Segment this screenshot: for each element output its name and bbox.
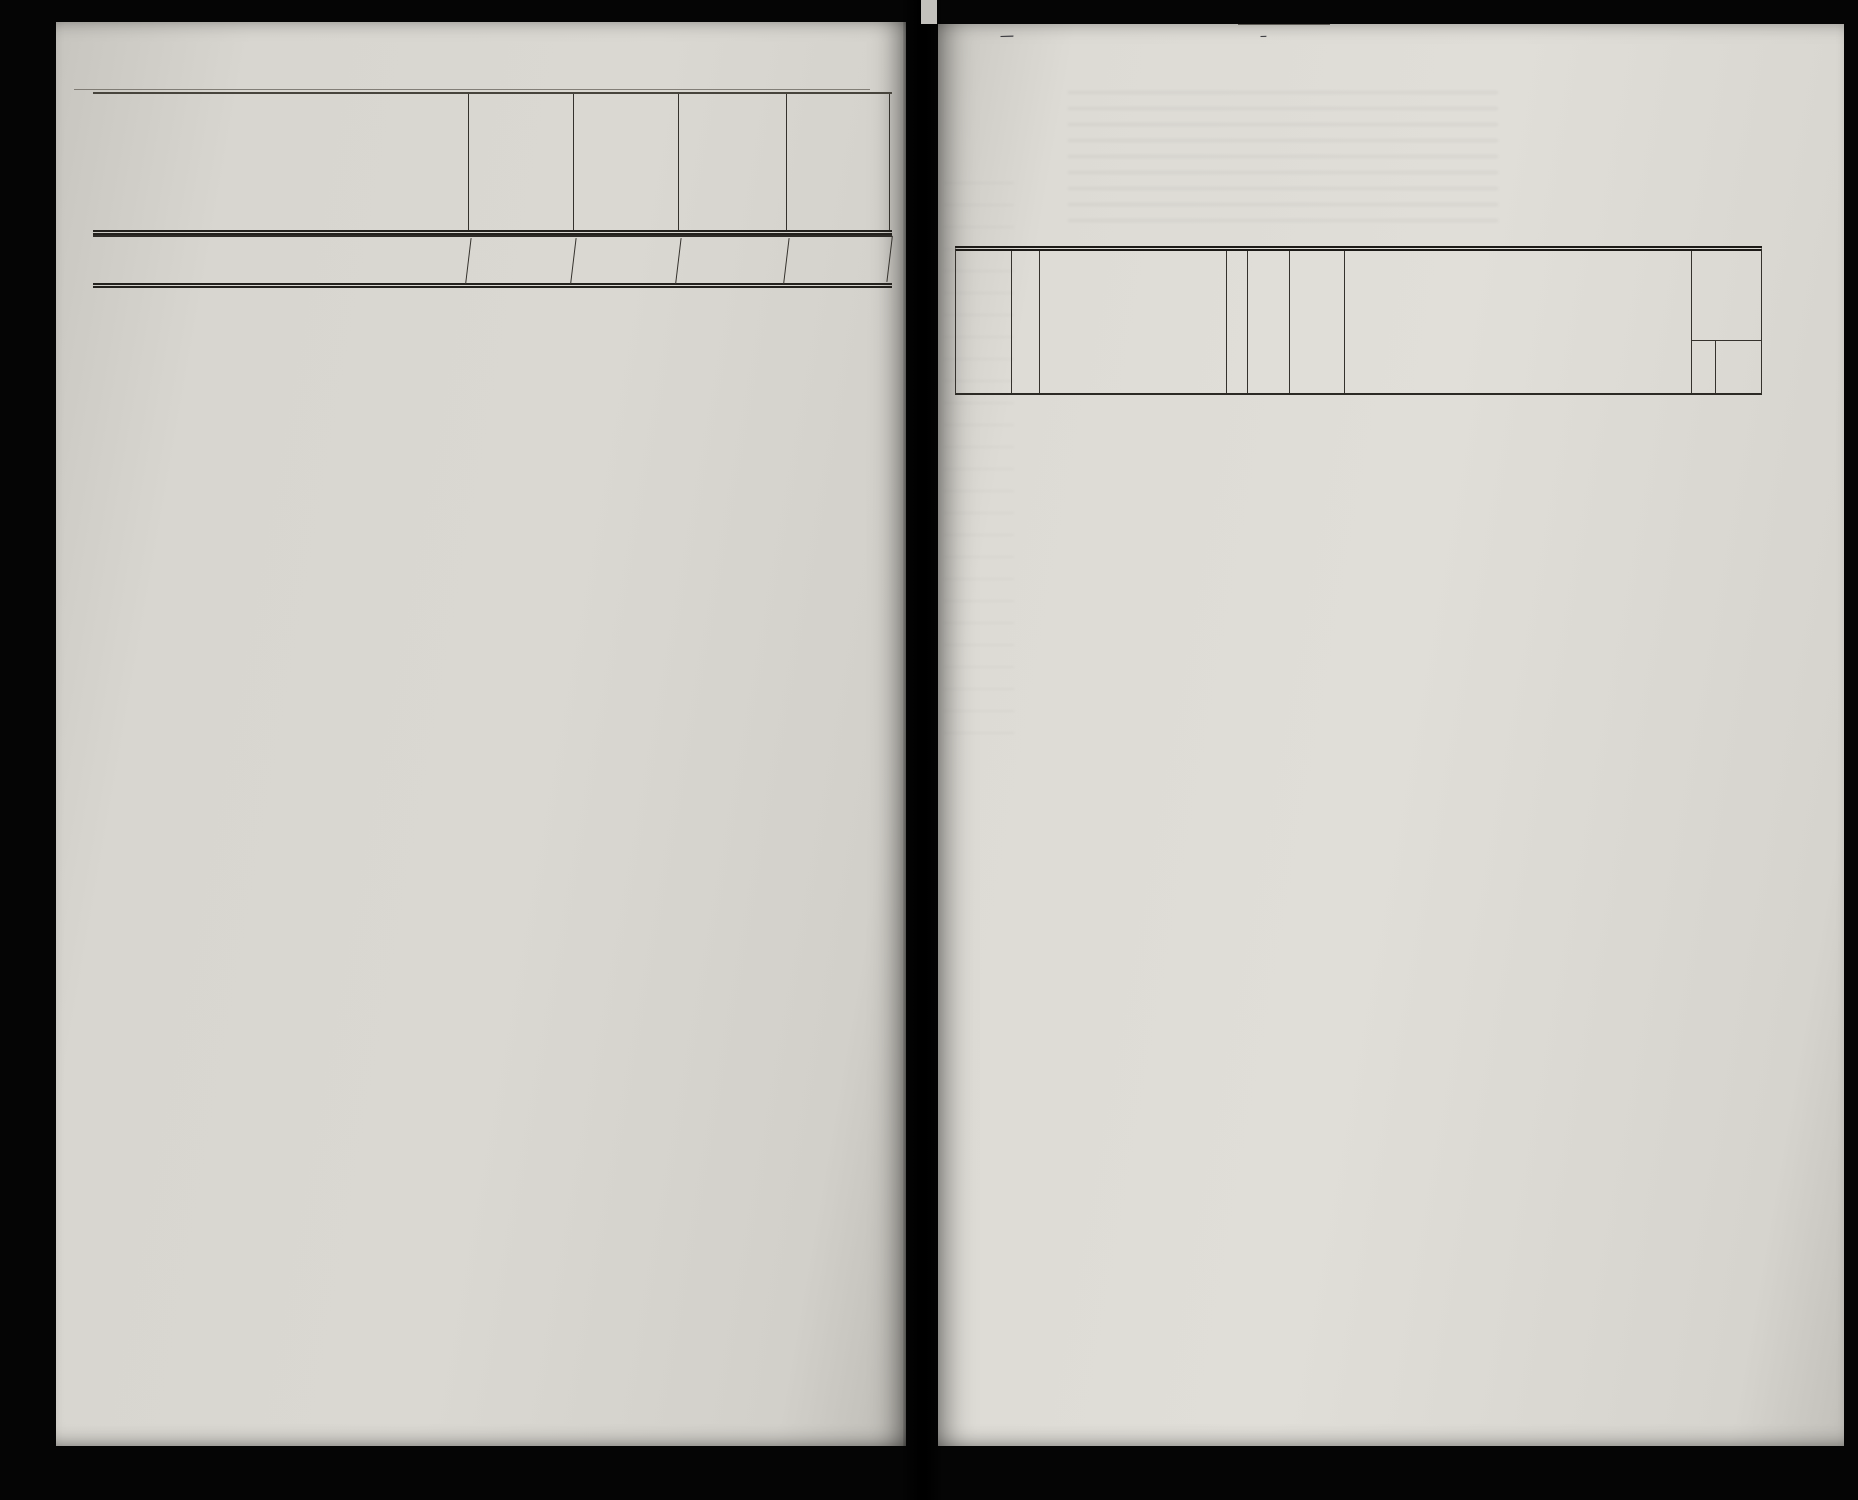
continuation-table — [93, 92, 892, 288]
scanned-census-spread — [0, 0, 1858, 1500]
column-header-b — [573, 94, 678, 230]
rules-section — [98, 660, 804, 668]
summa-value-d — [783, 236, 893, 284]
census-body — [938, 24, 1844, 1446]
summa-value-a — [465, 236, 576, 284]
top-rule — [74, 89, 870, 90]
total-families — [999, 28, 1015, 44]
summa-row — [93, 235, 892, 288]
continuation-table-header — [93, 92, 892, 235]
left-page — [56, 22, 906, 1446]
total-persons — [1259, 28, 1268, 44]
column-header-c — [678, 94, 786, 230]
summa-value-c — [675, 236, 789, 284]
column-header-d — [786, 94, 890, 230]
totals-rule — [1238, 24, 1330, 25]
page-gutter — [903, 0, 941, 1500]
table-title — [93, 94, 468, 230]
right-page — [938, 24, 1844, 1446]
summa-label — [93, 237, 468, 283]
totals-row — [938, 24, 1844, 64]
column-header-a — [468, 94, 573, 230]
page-edge-notch — [921, 0, 937, 24]
summa-value-b — [570, 236, 681, 284]
